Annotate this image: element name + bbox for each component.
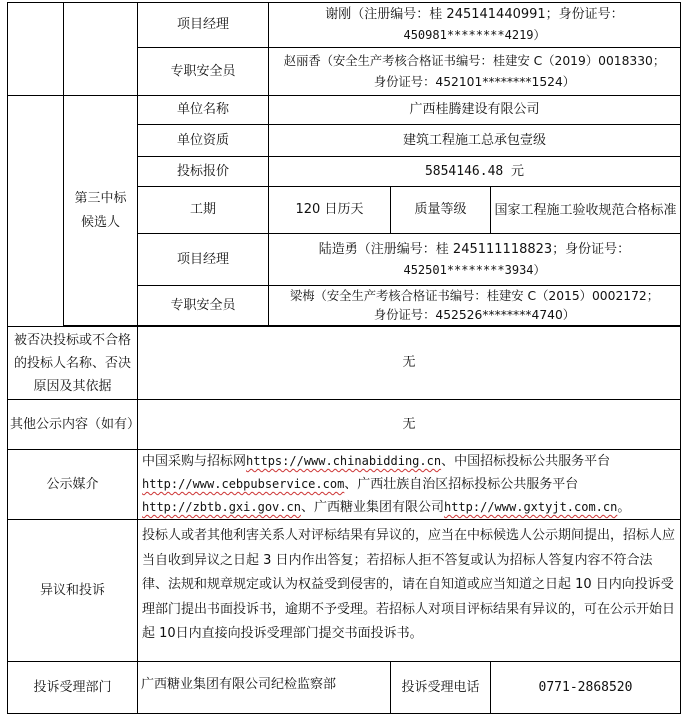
field-label: 专职安全员	[138, 286, 269, 326]
pm-line1: 谢刚（注册编号：桂 245141440991；身份证号：	[272, 4, 677, 25]
field-label: 项目经理	[138, 3, 269, 48]
complaint-dept: 广西糖业集团有限公司纪检监察部	[138, 662, 391, 714]
media-list: 中国采购与招标网https://www.chinabidding.cn、中国招标…	[138, 450, 681, 520]
media-link[interactable]: http://www.gxtyjt.com.cn	[444, 500, 617, 514]
candidate-label-cell: 第三中标候选人	[64, 96, 138, 326]
candidate-label-cell	[64, 3, 138, 96]
table-row: 投诉受理部门 广西糖业集团有限公司纪检监察部 投诉受理电话 0771-28685…	[8, 662, 681, 714]
field-value: 广西桂腾建设有限公司	[269, 96, 681, 125]
field-value: 国家工程施工验收规范合格标准	[491, 187, 681, 234]
field-value: 赵丽香（安全生产考核合格证书编号：桂建安 C（2019）0018330； 身份证…	[269, 48, 681, 96]
section-cell-blank	[8, 96, 64, 327]
media-link[interactable]: http://www.cebpubservice.com	[142, 477, 344, 491]
field-label: 投标报价	[138, 157, 269, 187]
table-row: 其他公示内容（如有） 无	[8, 400, 681, 450]
row-label: 投诉受理部门	[8, 662, 138, 714]
row-label: 公示媒介	[8, 450, 138, 520]
media-name: 。	[617, 500, 630, 515]
field-value: 120 日历天	[269, 187, 391, 234]
complaint-phone: 0771-2868520	[491, 662, 681, 714]
safety-line1: 梁梅（安全生产考核合格证书编号：桂建安 C（2015）0002172；	[270, 287, 679, 306]
safety-line2: 身份证号：452101********1524）	[270, 72, 679, 93]
bid-result-table: 项目经理 谢刚（注册编号：桂 245141440991；身份证号： 450981…	[7, 2, 681, 714]
field-label: 质量等级	[391, 187, 491, 234]
field-label: 工期	[138, 187, 269, 234]
field-value: 谢刚（注册编号：桂 245141440991；身份证号： 450981*****…	[269, 3, 681, 48]
pm-line2: 452501********3934）	[272, 260, 677, 281]
field-value: 陆造勇（注册编号：桂 245111118823；身份证号： 452501****…	[269, 234, 681, 286]
pm-line1: 陆造勇（注册编号：桂 245111118823；身份证号：	[272, 239, 677, 260]
row-label: 被否决投标或不合格的投标人名称、否决原因及其依据	[8, 327, 138, 400]
media-link[interactable]: http://zbtb.gxi.gov.cn	[142, 500, 301, 514]
field-value: 建筑工程施工总承包壹级	[269, 125, 681, 157]
field-value: 5854146.48 元	[269, 157, 681, 187]
objection-text: 投标人或者其他利害关系人对评标结果有异议的，应当在中标候选人公示期间提出，招标人…	[138, 520, 681, 662]
row-label: 其他公示内容（如有）	[8, 400, 138, 450]
row-value: 无	[138, 327, 681, 400]
row-value: 无	[138, 400, 681, 450]
media-name: 、广西糖业集团有限公司	[301, 500, 444, 515]
row-label: 投诉受理电话	[391, 662, 491, 714]
safety-line1: 赵丽香（安全生产考核合格证书编号：桂建安 C（2019）0018330；	[270, 51, 679, 72]
table-row: 第三中标候选人 单位名称 广西桂腾建设有限公司	[8, 96, 681, 125]
field-label: 项目经理	[138, 234, 269, 286]
table-row: 被否决投标或不合格的投标人名称、否决原因及其依据 无	[8, 327, 681, 400]
row-label: 异议和投诉	[8, 520, 138, 662]
table-row: 异议和投诉 投标人或者其他利害关系人对评标结果有异议的，应当在中标候选人公示期间…	[8, 520, 681, 662]
field-label: 单位资质	[138, 125, 269, 157]
media-name: 、广西壮族自治区招标投标公共服务平台	[344, 477, 578, 492]
media-name: 中国采购与招标网	[142, 454, 246, 469]
section-cell-blank	[8, 3, 64, 96]
pm-line2: 450981********4219）	[272, 25, 677, 46]
media-name: 、中国招标投标公共服务平台	[441, 454, 610, 469]
table-row: 公示媒介 中国采购与招标网https://www.chinabidding.cn…	[8, 450, 681, 520]
field-label: 单位名称	[138, 96, 269, 125]
safety-line2: 身份证号：452526********4740）	[270, 306, 679, 325]
field-label: 专职安全员	[138, 48, 269, 96]
table-row: 项目经理 谢刚（注册编号：桂 245141440991；身份证号： 450981…	[8, 3, 681, 48]
field-value: 梁梅（安全生产考核合格证书编号：桂建安 C（2015）0002172； 身份证号…	[269, 286, 681, 326]
media-link[interactable]: https://www.chinabidding.cn	[246, 454, 441, 468]
